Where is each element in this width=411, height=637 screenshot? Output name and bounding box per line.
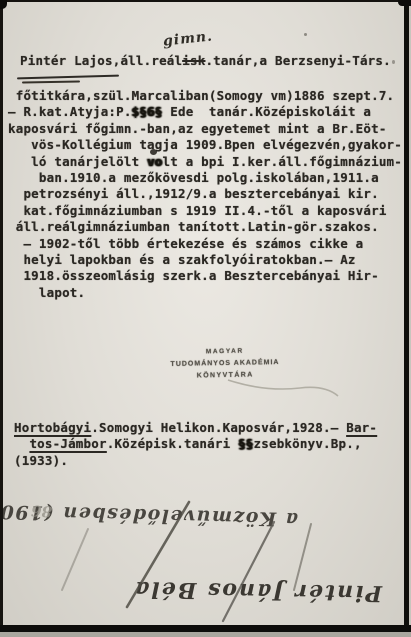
text-line: Pintér Lajos,áll.reálisk.tanár,a Berzsen… (20, 53, 391, 69)
biography-text: főtitkára,szül.Marcaliban(Somogy vm)1886… (8, 88, 402, 301)
text-line: 1918.összeomlásig szerk.a Besztercebánya… (8, 268, 402, 284)
text-segment: tos-Jámbor (29, 436, 106, 451)
text-segment: főtitkára,szül.Marcaliban(Somogy vm)1886… (8, 88, 394, 103)
text-segment: isk (182, 53, 205, 68)
text-segment: .Somogyi Helikon.Kaposvár,1928.– (91, 420, 346, 435)
text-segment: ,áll.reál (113, 53, 183, 68)
text-line: ban.1910.a mezőkövesdi polg.iskolában,19… (8, 170, 402, 186)
heading-line: Pintér Lajos,áll.reálisk.tanár,a Berzsen… (20, 53, 391, 69)
text-line: áll.reálgimnáziumban tanított.Latin-gör.… (8, 219, 402, 235)
text-segment: – R.kat.Atyja:P. (8, 104, 132, 119)
text-segment: lt a bpi I.ker.áll.főgimnázium- (163, 154, 403, 169)
scan-corner-mark (398, 0, 411, 6)
library-stamp: MAGYAR TUDOMÁNYOS AKADÉMIA KÖNYVTÁRA (143, 345, 308, 384)
scan-border-left (0, 0, 3, 637)
text-line: vös-Kollégium tagja 1909.Bpen elvégezvén… (8, 137, 402, 153)
text-segment: vo (147, 154, 162, 169)
text-line: kat.főgimnáziumban s 1919 II.4.-től a ka… (8, 203, 402, 219)
text-segment: 1918.összeomlásig szerk.a Besztercebánya… (8, 268, 379, 283)
text-line: (1933). (14, 453, 377, 469)
text-segment: Ede tanár.Középiskoláit a (163, 104, 372, 119)
source-citation: Hortobágyi.Somogyi Helikon.Kaposvár,1928… (14, 420, 377, 469)
scanned-catalog-card: a Közművelődésben (1905 86 Pintér János … (0, 0, 411, 637)
pencil-stroke (223, 522, 274, 621)
text-line: helyi lapokban és a szakfolyóiratokban.–… (8, 252, 402, 268)
ink-speck (392, 60, 395, 64)
text-line: – 1902-től több értekezése és számos cik… (8, 236, 402, 252)
handwritten-signature-inverted: Pintér János Béla (133, 576, 383, 606)
text-segment: helyi lapokban és a szakfolyóiratokban.–… (8, 252, 356, 267)
text-segment: – 1902-től több értekezése és számos cik… (8, 236, 363, 251)
pencil-flourish (228, 380, 338, 396)
text-segment: vös-Kollégium tagja 1909.Bpen elvégezvén… (8, 137, 402, 152)
text-segment: §§ (238, 436, 253, 451)
ink-blot (150, 149, 157, 155)
text-segment: .tanár,a Berzsenyi-Társ. (205, 53, 390, 68)
handwritten-number-inverted: 86 (30, 501, 53, 520)
text-segment: petrozsényi áll.,1912/9.a besztercebánya… (8, 186, 379, 201)
text-segment: kaposvári főgimn.-ban,az egyetemet mint … (8, 121, 387, 136)
text-segment: ban.1910.a mezőkövesdi polg.iskolában,19… (8, 170, 379, 185)
text-segment: zsebkönyv.Bp., (254, 436, 362, 451)
text-line: lapot. (8, 285, 402, 301)
text-segment: lapot. (8, 285, 85, 300)
text-line: kaposvári főgimn.-ban,az egyetemet mint … (8, 121, 402, 137)
text-line: – R.kat.Atyja:P.$§6§ Ede tanár.Középisko… (8, 104, 402, 120)
text-line: főtitkára,szül.Marcaliban(Somogy vm)1886… (8, 88, 402, 104)
ink-speck (304, 33, 307, 36)
text-line: Hortobágyi.Somogyi Helikon.Kaposvár,1928… (14, 420, 377, 436)
scan-border-right (404, 0, 409, 631)
text-line: tos-Jámbor.Középisk.tanári §§zsebkönyv.B… (14, 436, 377, 452)
text-segment: áll.reálgimnáziumban tanított.Latin-gör.… (8, 219, 379, 234)
pencil-stroke (62, 529, 88, 590)
text-segment: kat.főgimnáziumban s 1919 II.4.-től a ka… (8, 203, 387, 218)
text-line: ló tanárjelölt volt a bpi I.ker.áll.főgi… (8, 154, 402, 170)
text-segment: (1933). (14, 453, 68, 468)
text-segment: Bar- (346, 420, 377, 435)
scan-border-top (0, 0, 411, 2)
text-segment: ló tanárjelölt (8, 154, 147, 169)
scan-border-bottom (0, 625, 411, 632)
text-segment: $§6§ (132, 104, 163, 119)
text-segment (14, 436, 29, 451)
text-segment: Hortobágyi (14, 420, 91, 435)
scan-border-bottom-shadow (0, 632, 411, 637)
text-line: petrozsényi áll.,1912/9.a besztercebánya… (8, 186, 402, 202)
text-segment: .Középisk.tanári (107, 436, 238, 451)
text-segment: Pintér Lajos (20, 53, 113, 68)
